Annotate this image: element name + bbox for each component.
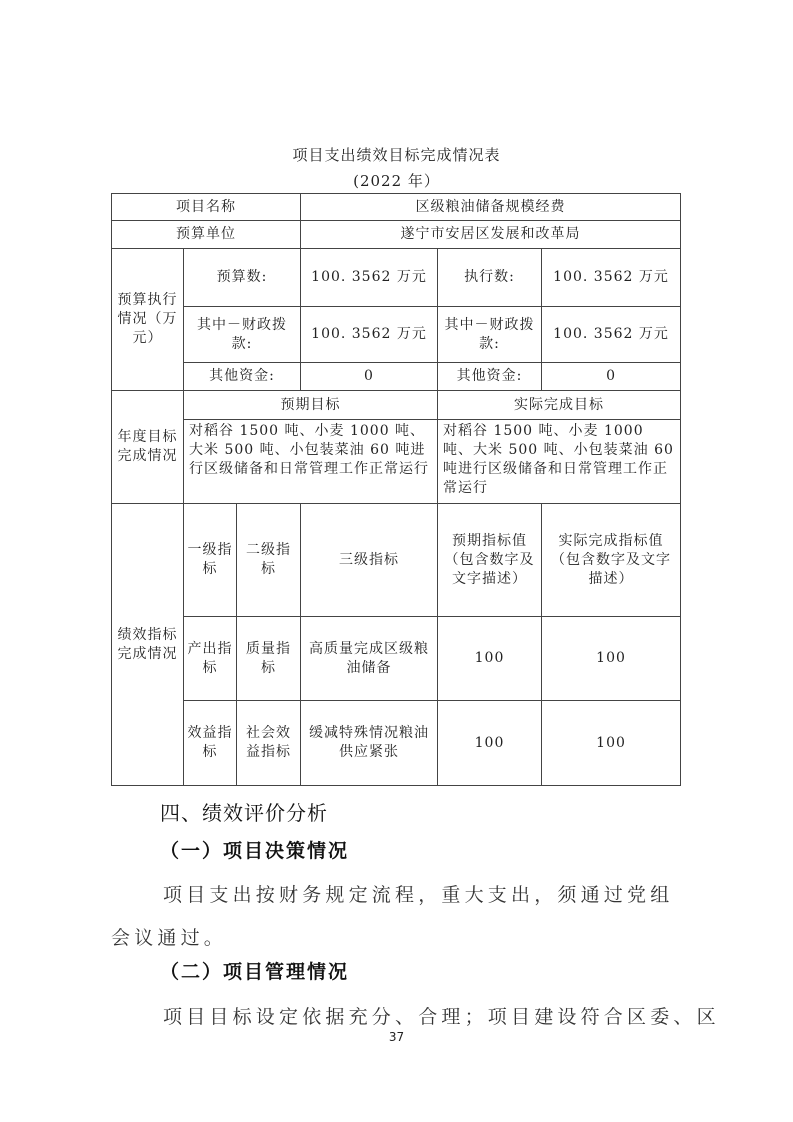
table-row: 产出指标 质量指标 高质量完成区级粮油储备 100 100	[112, 617, 681, 701]
performance-table: 项目名称 区级粮油储备规模经费 预算单位 遂宁市安居区发展和改革局 预算执行情况…	[111, 193, 681, 786]
budget-unit-label: 预算单位	[112, 221, 301, 249]
project-name-value: 区级粮油储备规模经费	[301, 194, 681, 221]
table-row: 效益指标 社会效益指标 缓减特殊情况粮油供应紧张 100 100	[112, 701, 681, 786]
other-funds-value: 0	[301, 363, 438, 391]
header-level2: 二级指标	[237, 504, 301, 617]
actual-goal-text: 对稻谷 1500 吨、小麦 1000 吨、大米 500 吨、小包装菜油 60 吨…	[438, 420, 681, 504]
level1-cell: 产出指标	[184, 617, 237, 701]
level2-cell: 社会效益指标	[237, 701, 301, 786]
fiscal-execution-label: 其中－财政拨款:	[438, 307, 542, 363]
execution-label: 执行数:	[438, 249, 542, 307]
other-funds-label: 其他资金:	[184, 363, 301, 391]
annual-section-label: 年度目标完成情况	[112, 391, 184, 504]
page-number: 37	[0, 1030, 793, 1044]
execution-value: 100. 3562 万元	[542, 249, 681, 307]
subsection-heading-decision: （一）项目决策情况	[160, 836, 349, 863]
actual-value-cell: 100	[542, 617, 681, 701]
table-row: 项目名称 区级粮油储备规模经费	[112, 194, 681, 221]
budget-label: 预算数:	[184, 249, 301, 307]
table-year: (2022 年）	[0, 170, 793, 191]
other-funds-exec-value: 0	[542, 363, 681, 391]
level3-cell: 高质量完成区级粮油储备	[301, 617, 438, 701]
level1-cell: 效益指标	[184, 701, 237, 786]
budget-section-label: 预算执行情况（万元）	[112, 249, 184, 391]
table-row: 对稻谷 1500 吨、小麦 1000 吨、大米 500 吨、小包装菜油 60 吨…	[112, 420, 681, 504]
project-name-label: 项目名称	[112, 194, 301, 221]
table-row: 其中－财政拨款: 100. 3562 万元 其中－财政拨款: 100. 3562…	[112, 307, 681, 363]
expected-value-cell: 100	[438, 701, 542, 786]
fiscal-execution-value: 100. 3562 万元	[542, 307, 681, 363]
table-row: 绩效指标完成情况 一级指标 二级指标 三级指标 预期指标值（包含数字及文字描述）…	[112, 504, 681, 617]
other-funds-exec-label: 其他资金:	[438, 363, 542, 391]
expected-goal-header: 预期目标	[184, 391, 438, 420]
section-heading-4: 四、绩效评价分析	[160, 797, 328, 826]
table-title: 项目支出绩效目标完成情况表	[0, 144, 793, 165]
table-row: 预算执行情况（万元） 预算数: 100. 3562 万元 执行数: 100. 3…	[112, 249, 681, 307]
expected-goal-text: 对稻谷 1500 吨、小麦 1000 吨、大米 500 吨、小包装菜油 60 吨…	[184, 420, 438, 504]
table-row: 年度目标完成情况 预期目标 实际完成目标	[112, 391, 681, 420]
fiscal-budget-label: 其中－财政拨款:	[184, 307, 301, 363]
level2-cell: 质量指标	[237, 617, 301, 701]
indicator-section-label: 绩效指标完成情况	[112, 504, 184, 786]
level3-cell: 缓减特殊情况粮油供应紧张	[301, 701, 438, 786]
header-actual-value: 实际完成指标值（包含数字及文字描述）	[542, 504, 681, 617]
budget-value: 100. 3562 万元	[301, 249, 438, 307]
subsection-heading-management: （二）项目管理情况	[160, 957, 349, 984]
header-level3: 三级指标	[301, 504, 438, 617]
actual-goal-header: 实际完成目标	[438, 391, 681, 420]
header-expected-value: 预期指标值（包含数字及文字描述）	[438, 504, 542, 617]
table-row: 其他资金: 0 其他资金: 0	[112, 363, 681, 391]
table-row: 预算单位 遂宁市安居区发展和改革局	[112, 221, 681, 249]
expected-value-cell: 100	[438, 617, 542, 701]
header-level1: 一级指标	[184, 504, 237, 617]
fiscal-budget-value: 100. 3562 万元	[301, 307, 438, 363]
paragraph-decision: 项目支出按财务规定流程，重大支出，须通过党组会议通过。	[111, 874, 680, 960]
budget-unit-value: 遂宁市安居区发展和改革局	[301, 221, 681, 249]
actual-value-cell: 100	[542, 701, 681, 786]
